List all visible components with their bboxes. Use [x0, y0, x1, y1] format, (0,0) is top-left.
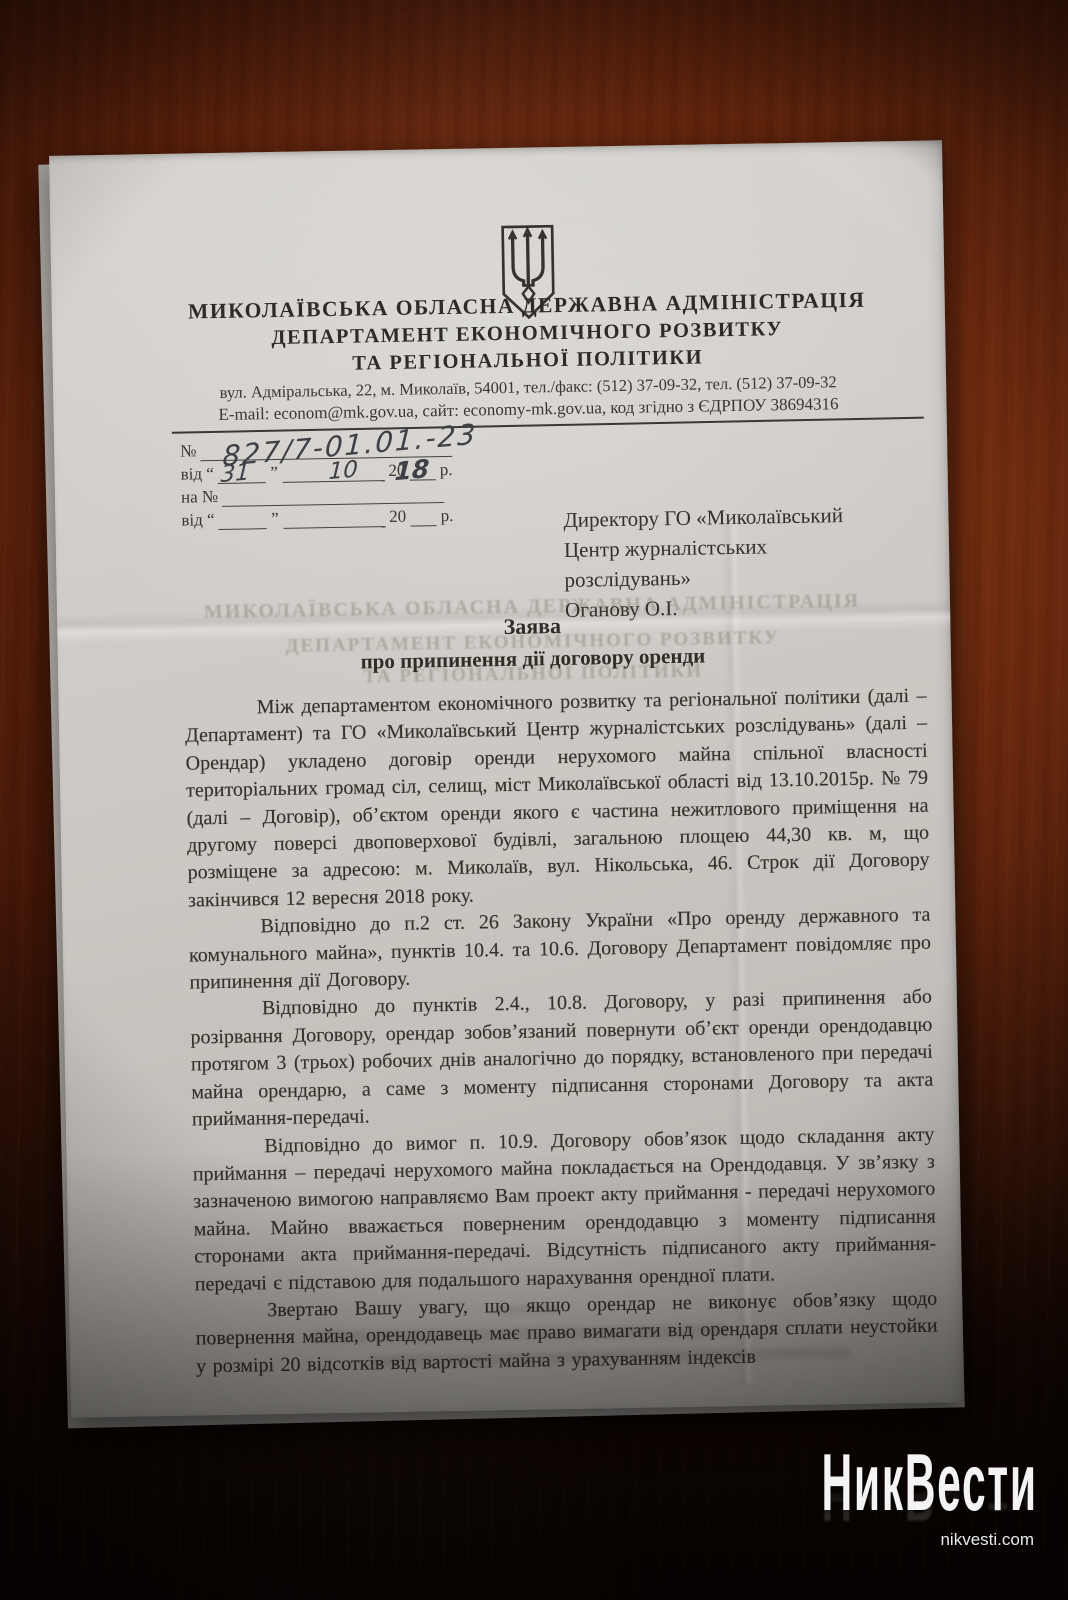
year-century: 20 [389, 507, 406, 526]
year-blank-line [410, 510, 436, 526]
open-quote: “ [207, 510, 215, 529]
handwritten-month: 10 [328, 456, 359, 485]
reply-number-label: на № [181, 487, 218, 507]
year-suffix: р. [440, 506, 453, 525]
day-blank-line [219, 513, 267, 530]
body-paragraph: Між департаментом економічного розвитку … [184, 683, 930, 915]
body-paragraph: Відповідно до пунктів 2.4., 10.8. Догово… [190, 984, 934, 1134]
date-from-label: від [181, 510, 203, 529]
addressee-line: розслідувань» [564, 560, 844, 595]
body-paragraph: Відповідно до вимог п. 10.9. Договору об… [192, 1121, 937, 1298]
year-suffix: р. [440, 460, 453, 479]
watermark-logo-reflection: НикВести [822, 1460, 1038, 1530]
close-quote: ” [271, 509, 279, 528]
date-from-label: від [180, 464, 202, 483]
document-page: МИКОЛАЇВСЬКА ОБЛАСНА ДЕРЖАВНА АДМІНІСТРА… [49, 140, 964, 1417]
number-label: № [180, 441, 197, 460]
photo-scene: МИКОЛАЇВСЬКА ОБЛАСНА ДЕРЖАВНА АДМІНІСТРА… [0, 0, 1068, 1600]
handwritten-day: 31 [220, 459, 251, 488]
open-quote: “ [206, 464, 214, 483]
handwritten-year: 18 [394, 454, 430, 486]
watermark-site-url: nikvesti.com [774, 1530, 1034, 1550]
addressee-line: Директору ГО «Миколаївський [563, 500, 843, 535]
addressee-block: Директору ГО «Миколаївський Центр журнал… [563, 500, 845, 625]
reply-number-blank-line [222, 487, 444, 507]
month-blank-line [283, 511, 385, 529]
letter-body: Між департаментом економічного розвитку … [184, 683, 938, 1381]
close-quote: ” [270, 463, 278, 482]
addressee-line: Центр журналістських [564, 530, 844, 565]
reference-block: № 827/7-01.01.-23 від “ ” 20 р. 31 10 18… [180, 436, 512, 534]
body-paragraph: Відповідно до п.2 ст. 26 Закону України … [188, 902, 931, 997]
body-paragraph: Звертаю Вашу увагу, що якщо орендар не в… [195, 1286, 938, 1381]
nikvesti-watermark: НикВести НикВести nikvesti.com [774, 1472, 1038, 1550]
reply-date-row: від “ ” 20 р. [181, 505, 511, 534]
